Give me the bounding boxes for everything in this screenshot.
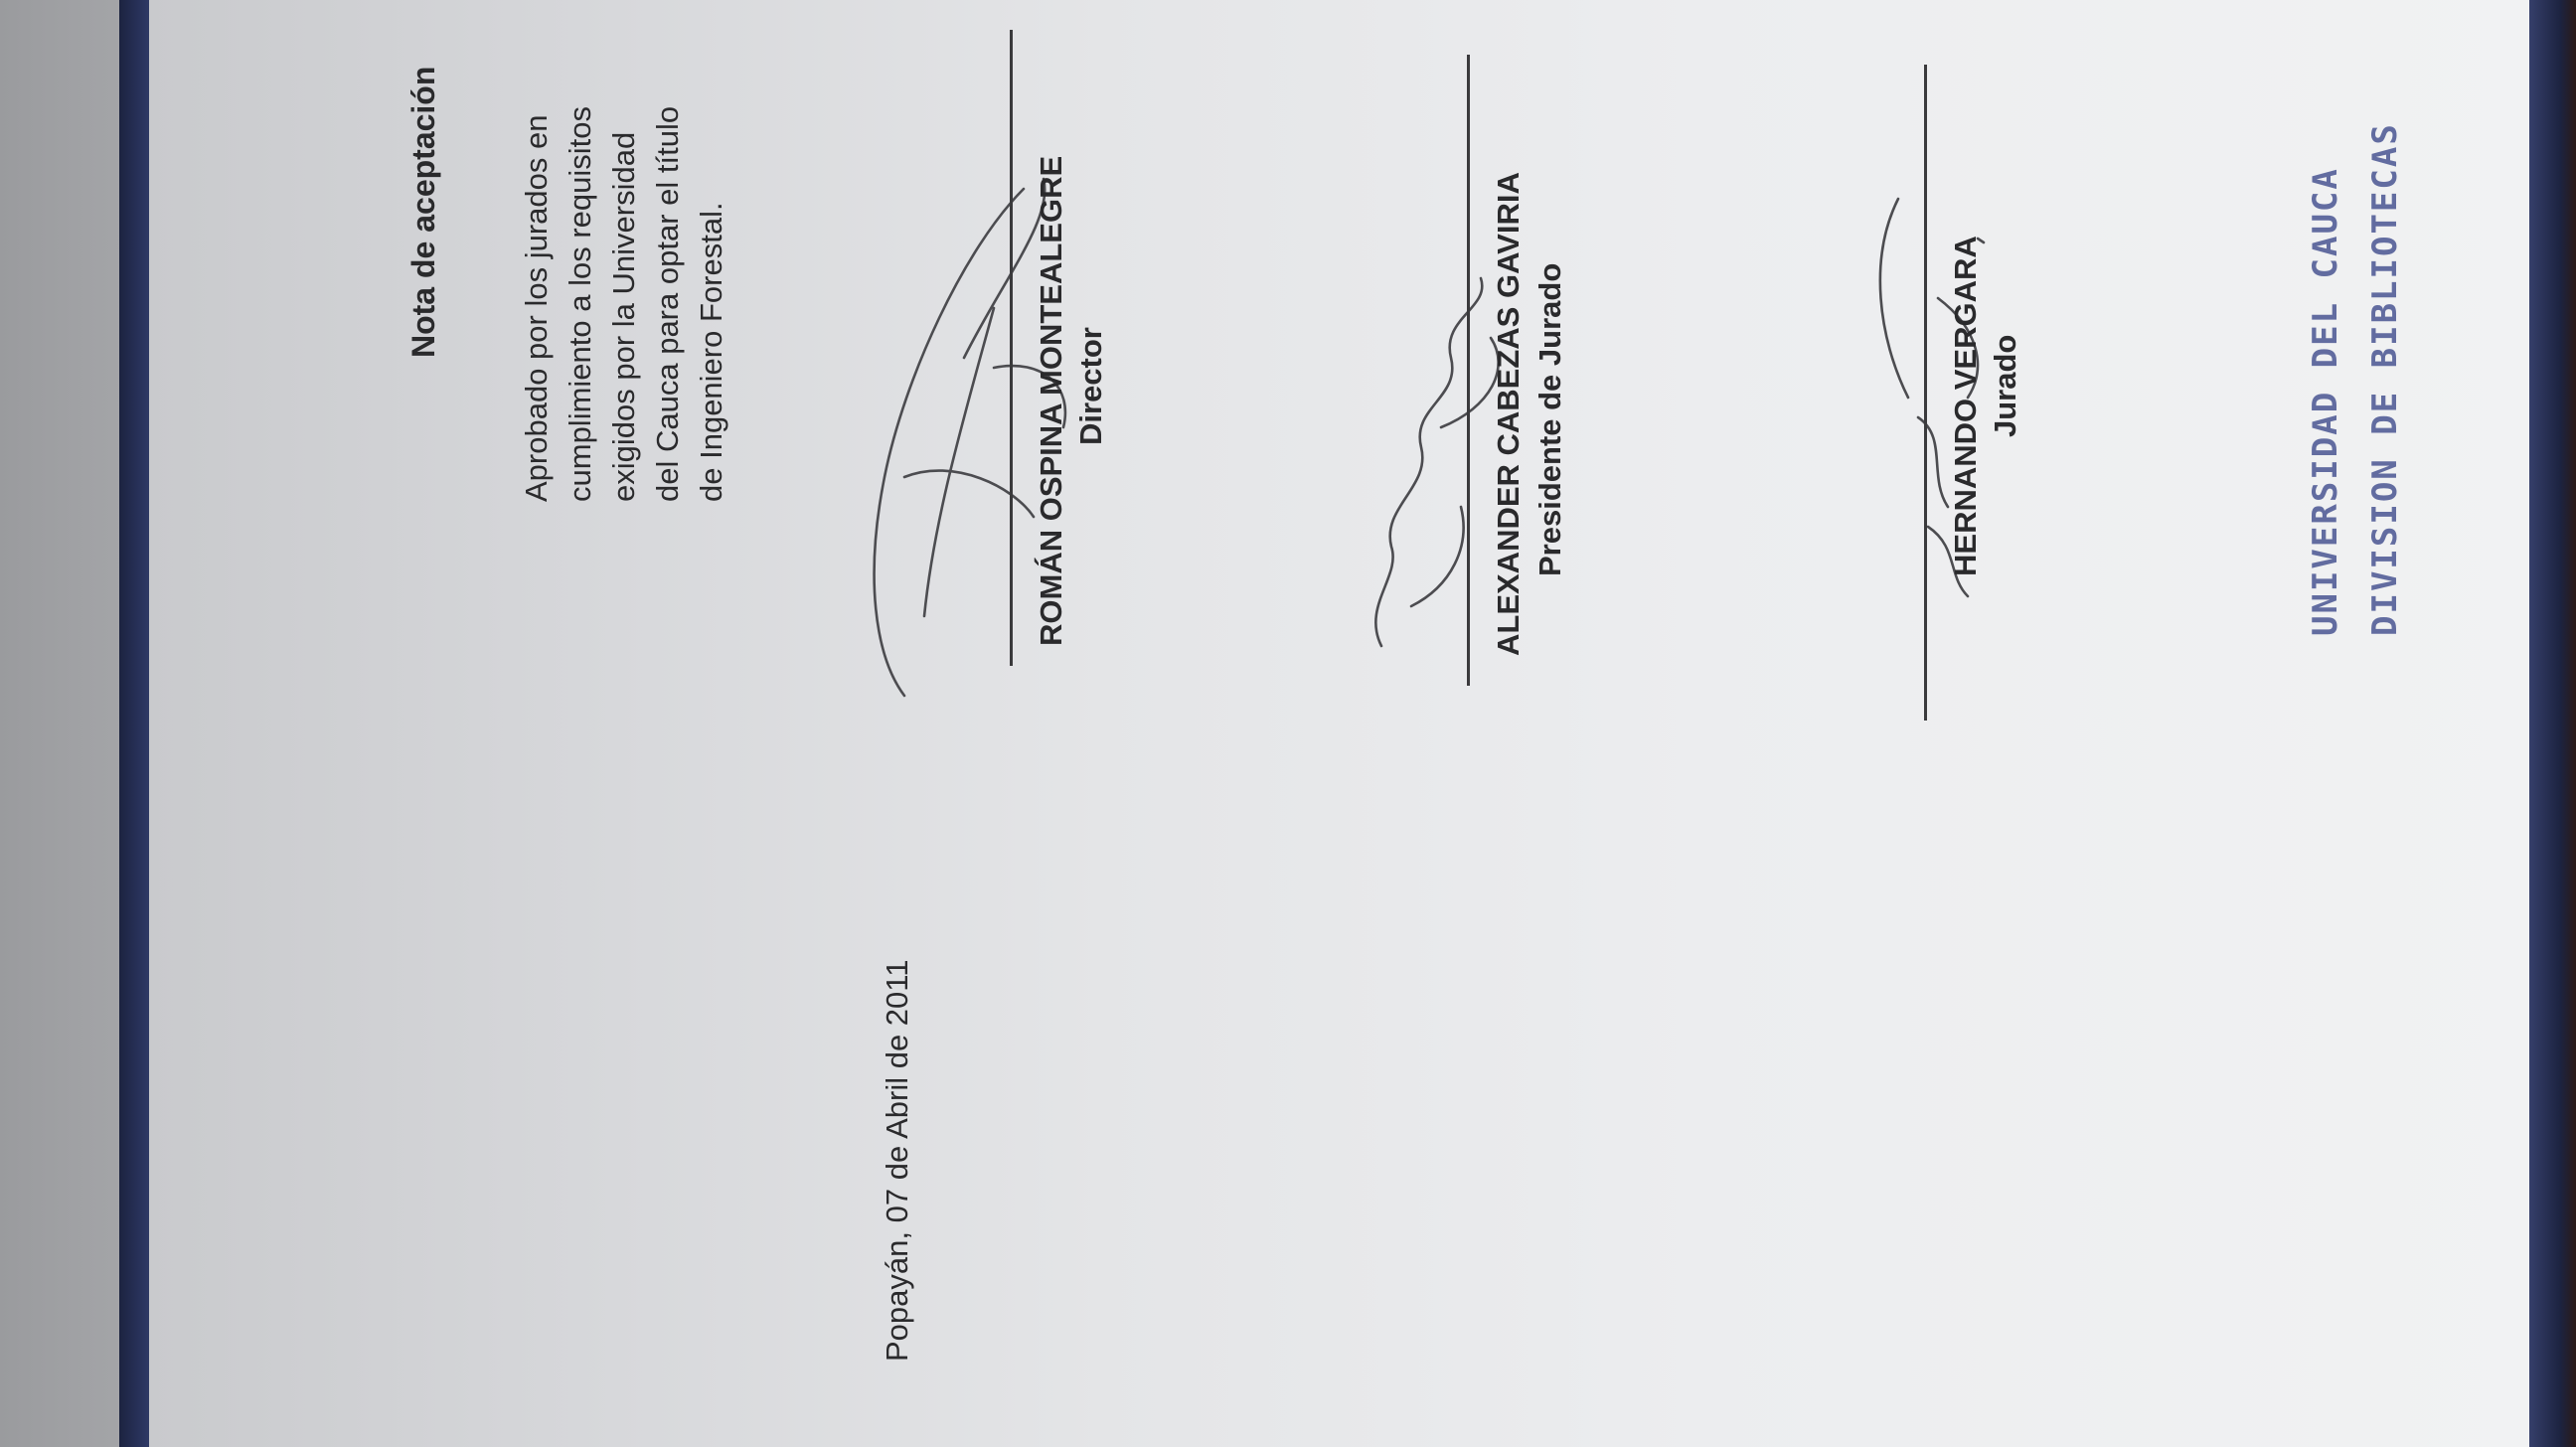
- date-line: Popayán, 07 de Abril de 2011: [880, 960, 915, 1362]
- document-page: Nota de aceptación Aprobado por los jura…: [149, 0, 2529, 1447]
- paragraph-line: cumplimiento a los requisitos: [559, 35, 602, 502]
- paragraph-line: del Cauca para optar el título: [646, 35, 690, 502]
- signatory-role: Presidente de Jurado: [1532, 263, 1568, 576]
- approval-paragraph: Aprobado por los jurados en cumplimiento…: [515, 35, 733, 502]
- page-title: Nota de aceptación: [405, 67, 442, 358]
- binder-cover-edge-right: [2524, 0, 2576, 1447]
- paragraph-line: Aprobado por los jurados en: [515, 35, 559, 502]
- signatory-name: ROMÁN OSPINA MONTEALEGRE: [1034, 156, 1069, 646]
- paragraph-line: exigidos por la Universidad: [602, 35, 646, 502]
- signatory-role: Director: [1073, 327, 1109, 445]
- library-stamp-line1: UNIVERSIDAD DEL CAUCA: [2306, 167, 2345, 636]
- signature-line: [1010, 30, 1013, 666]
- signatory-name: HERNANDO VERGARA: [1948, 236, 1984, 576]
- signatory-role: Jurado: [1988, 335, 2023, 437]
- paragraph-line: de Ingeniero Forestal.: [690, 35, 733, 502]
- library-stamp-line2: DIVISION DE BIBLIOTECAS: [2365, 122, 2405, 636]
- signature-line: [1924, 65, 1927, 721]
- signatory-name: ALEXANDER CABEZAS GAVIRIA: [1491, 172, 1527, 656]
- signature-line: [1467, 55, 1470, 686]
